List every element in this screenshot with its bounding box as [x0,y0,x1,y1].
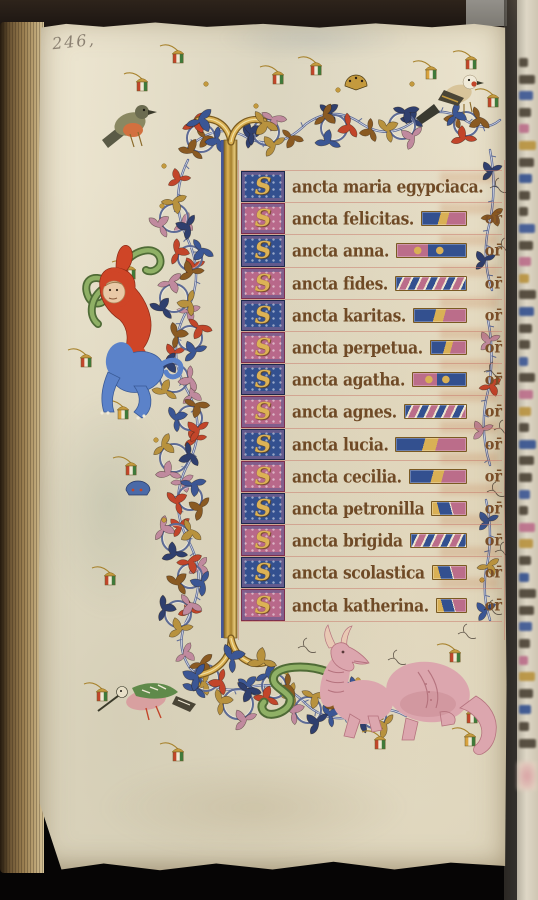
saint-name: ancta lucia. [292,433,388,454]
litany-line: S ancta cecilia. or̄ [241,461,502,493]
line-filler-ornament [436,598,467,613]
saint-name: ancta perpetua. [292,337,423,358]
illuminated-initial: S [241,589,285,620]
fore-edge-text-mark [519,75,535,84]
illuminated-initial: S [241,300,285,331]
fore-edge-text-mark [519,108,531,117]
fore-edge-text-mark [519,589,536,598]
hoopoe-bottom-left-icon [98,683,196,720]
line-filler-ornament [395,276,467,291]
fore-edge-text-mark [519,373,535,382]
line-filler-ornament [395,437,467,452]
litany-line: S ancta perpetua. or̄ [241,332,502,364]
response-abbreviation: or̄ [472,242,502,261]
fore-edge-text-mark [519,473,532,482]
ruling-line [504,160,505,640]
saint-name: ancta karitas. [292,305,406,326]
line-filler-ornament [432,565,467,580]
line-filler-ornament [431,501,467,516]
fore-edge-text-mark [519,556,531,565]
fore-edge-text-mark [519,191,530,200]
litany-line: S ancta agnes. or̄ [241,396,502,428]
fore-edge-pink-blob [518,762,536,790]
fore-edge-text-mark [519,506,528,515]
response-abbreviation: or̄ [472,531,502,550]
fore-edge-text-mark [519,390,533,399]
fore-edge-text-mark [519,705,531,714]
fore-edge-text-mark [519,490,530,499]
fore-edge-text-mark [519,357,528,366]
facing-page-fore-edge [517,0,538,900]
dragon-marginal-figure [262,625,496,754]
initial-letter: S [255,366,272,393]
litany-line: S ancta petronilla or̄ [241,493,502,525]
litany-line: S ancta brigida or̄ [241,525,502,557]
blue-fan-flower [126,481,150,495]
response-abbreviation: or̄ [472,209,502,228]
fore-edge-text-mark [519,539,533,548]
response-abbreviation: or̄ [472,274,502,293]
saint-name: ancta felicitas. [292,208,414,229]
illuminated-initial: S [241,364,285,395]
saint-name: ancta agnes. [292,401,397,422]
initial-letter: S [255,559,272,586]
response-abbreviation: or̄ [472,499,502,518]
initial-letter: S [255,398,272,425]
litany-line: S ancta felicitas. or̄ [241,203,502,235]
litany-line: S ancta karitas. or̄ [241,300,502,332]
saint-name: ancta anna. [292,240,389,261]
litany-line: S ancta lucia. or̄ [241,429,502,461]
initial-letter: S [255,431,272,458]
saint-name: ancta agatha. [292,369,405,390]
saint-name: ancta petronilla [292,498,424,519]
saint-name: ancta fides. [292,273,388,294]
fore-edge-text-mark [519,141,536,150]
initial-letter: S [255,173,272,200]
initial-letter: S [255,495,272,522]
fore-edge-text-mark [519,672,535,681]
fore-edge-text-mark [519,689,533,698]
robin-top-left-icon [102,105,157,148]
response-abbreviation: or̄ [472,596,502,615]
gold-moth-ornament [345,75,367,90]
illuminated-initial: S [241,557,285,588]
fore-edge-text-mark [519,224,535,233]
litany-line: S ancta maria egypciaca. or̄ [241,171,502,203]
fore-edge-text-mark [519,207,528,216]
fore-edge-text-mark [519,407,531,416]
litany-text-block: S ancta maria egypciaca. or̄ S ancta fel… [241,170,502,622]
fore-edge-text-mark [519,423,529,432]
line-filler-ornament [404,404,467,419]
litany-line: S ancta anna. or̄ [241,235,502,267]
illuminated-initial: S [241,235,285,266]
litany-line: S ancta katherina. or̄ [241,589,502,621]
illuminated-initial: S [241,268,285,299]
initial-letter: S [255,527,272,554]
litany-line: S ancta agatha. or̄ [241,364,502,396]
fore-edge-text-mark [519,290,536,299]
ruling-line [238,160,239,640]
fore-edge-text-mark [519,523,535,532]
fore-edge-text-mark [519,340,530,349]
photographed-open-book: 246, S ancta maria egypciaca. or̄ S anct… [0,0,538,900]
fore-edge-text-mark [519,274,529,283]
fore-edge-text-mark [519,124,529,133]
response-abbreviation: or̄ [472,403,502,422]
illuminated-initial: S [241,461,285,492]
illuminated-initial: S [241,525,285,556]
initial-letter: S [255,302,272,329]
fore-edge-text-mark [519,324,532,333]
line-filler-ornament [412,372,467,387]
fore-edge-text-mark [519,722,529,731]
fore-edge-text-mark [519,257,531,266]
illuminated-initial: S [241,429,285,460]
saint-name: ancta scolastica [292,562,425,583]
initial-letter: S [255,237,272,264]
fore-edge-text-mark [519,241,533,250]
book-page-stack-edge [0,22,44,873]
line-filler-ornament [421,211,467,226]
litany-line: S ancta fides. or̄ [241,268,502,300]
initial-letter: S [255,205,272,232]
fore-edge-text-mark [519,656,528,665]
response-abbreviation: or̄ [472,306,502,325]
fore-edge-text-mark [519,639,530,648]
fore-edge-text-mark [519,58,528,67]
line-filler-ornament [430,340,467,355]
line-filler-ornament [409,469,467,484]
response-abbreviation: or̄ [472,338,502,357]
saint-name: ancta maria egypciaca. [292,176,483,197]
fore-edge-text-mark [519,307,534,316]
fore-edge-text-mark [519,622,532,631]
initial-letter: S [255,334,272,361]
fore-edge-text-mark [519,174,532,183]
fore-edge-text-mark [519,456,534,465]
fore-edge-text-mark [519,440,536,449]
line-filler-ornament [396,243,467,258]
gray-tab [466,0,507,26]
illuminated-initial: S [241,493,285,524]
fore-edge-text-mark [519,158,534,167]
initial-letter: S [255,592,272,619]
illuminated-initial: S [241,332,285,363]
response-abbreviation: or̄ [472,370,502,389]
response-abbreviation: or̄ [472,435,502,454]
illuminated-initial: S [241,171,285,202]
line-filler-ornament [410,533,467,548]
saint-name: ancta cecilia. [292,466,402,487]
fore-edge-text-mark [519,573,529,582]
fore-edge-text-mark [519,91,533,100]
response-abbreviation: or̄ [472,467,502,486]
litany-line: S ancta scolastica or̄ [241,557,502,589]
initial-letter: S [255,270,272,297]
initial-letter: S [255,463,272,490]
fore-edge-text-mark [519,739,536,748]
saint-name: ancta brigida [292,530,403,551]
response-abbreviation: or̄ [472,563,502,582]
line-filler-ornament [413,308,467,323]
saint-name: ancta katherina. [292,594,429,615]
fore-edge-text-mark [519,606,534,615]
illuminated-initial: S [241,396,285,427]
manuscript-page: 246, S ancta maria egypciaca. or̄ S anct… [38,20,507,872]
illuminated-initial: S [241,203,285,234]
